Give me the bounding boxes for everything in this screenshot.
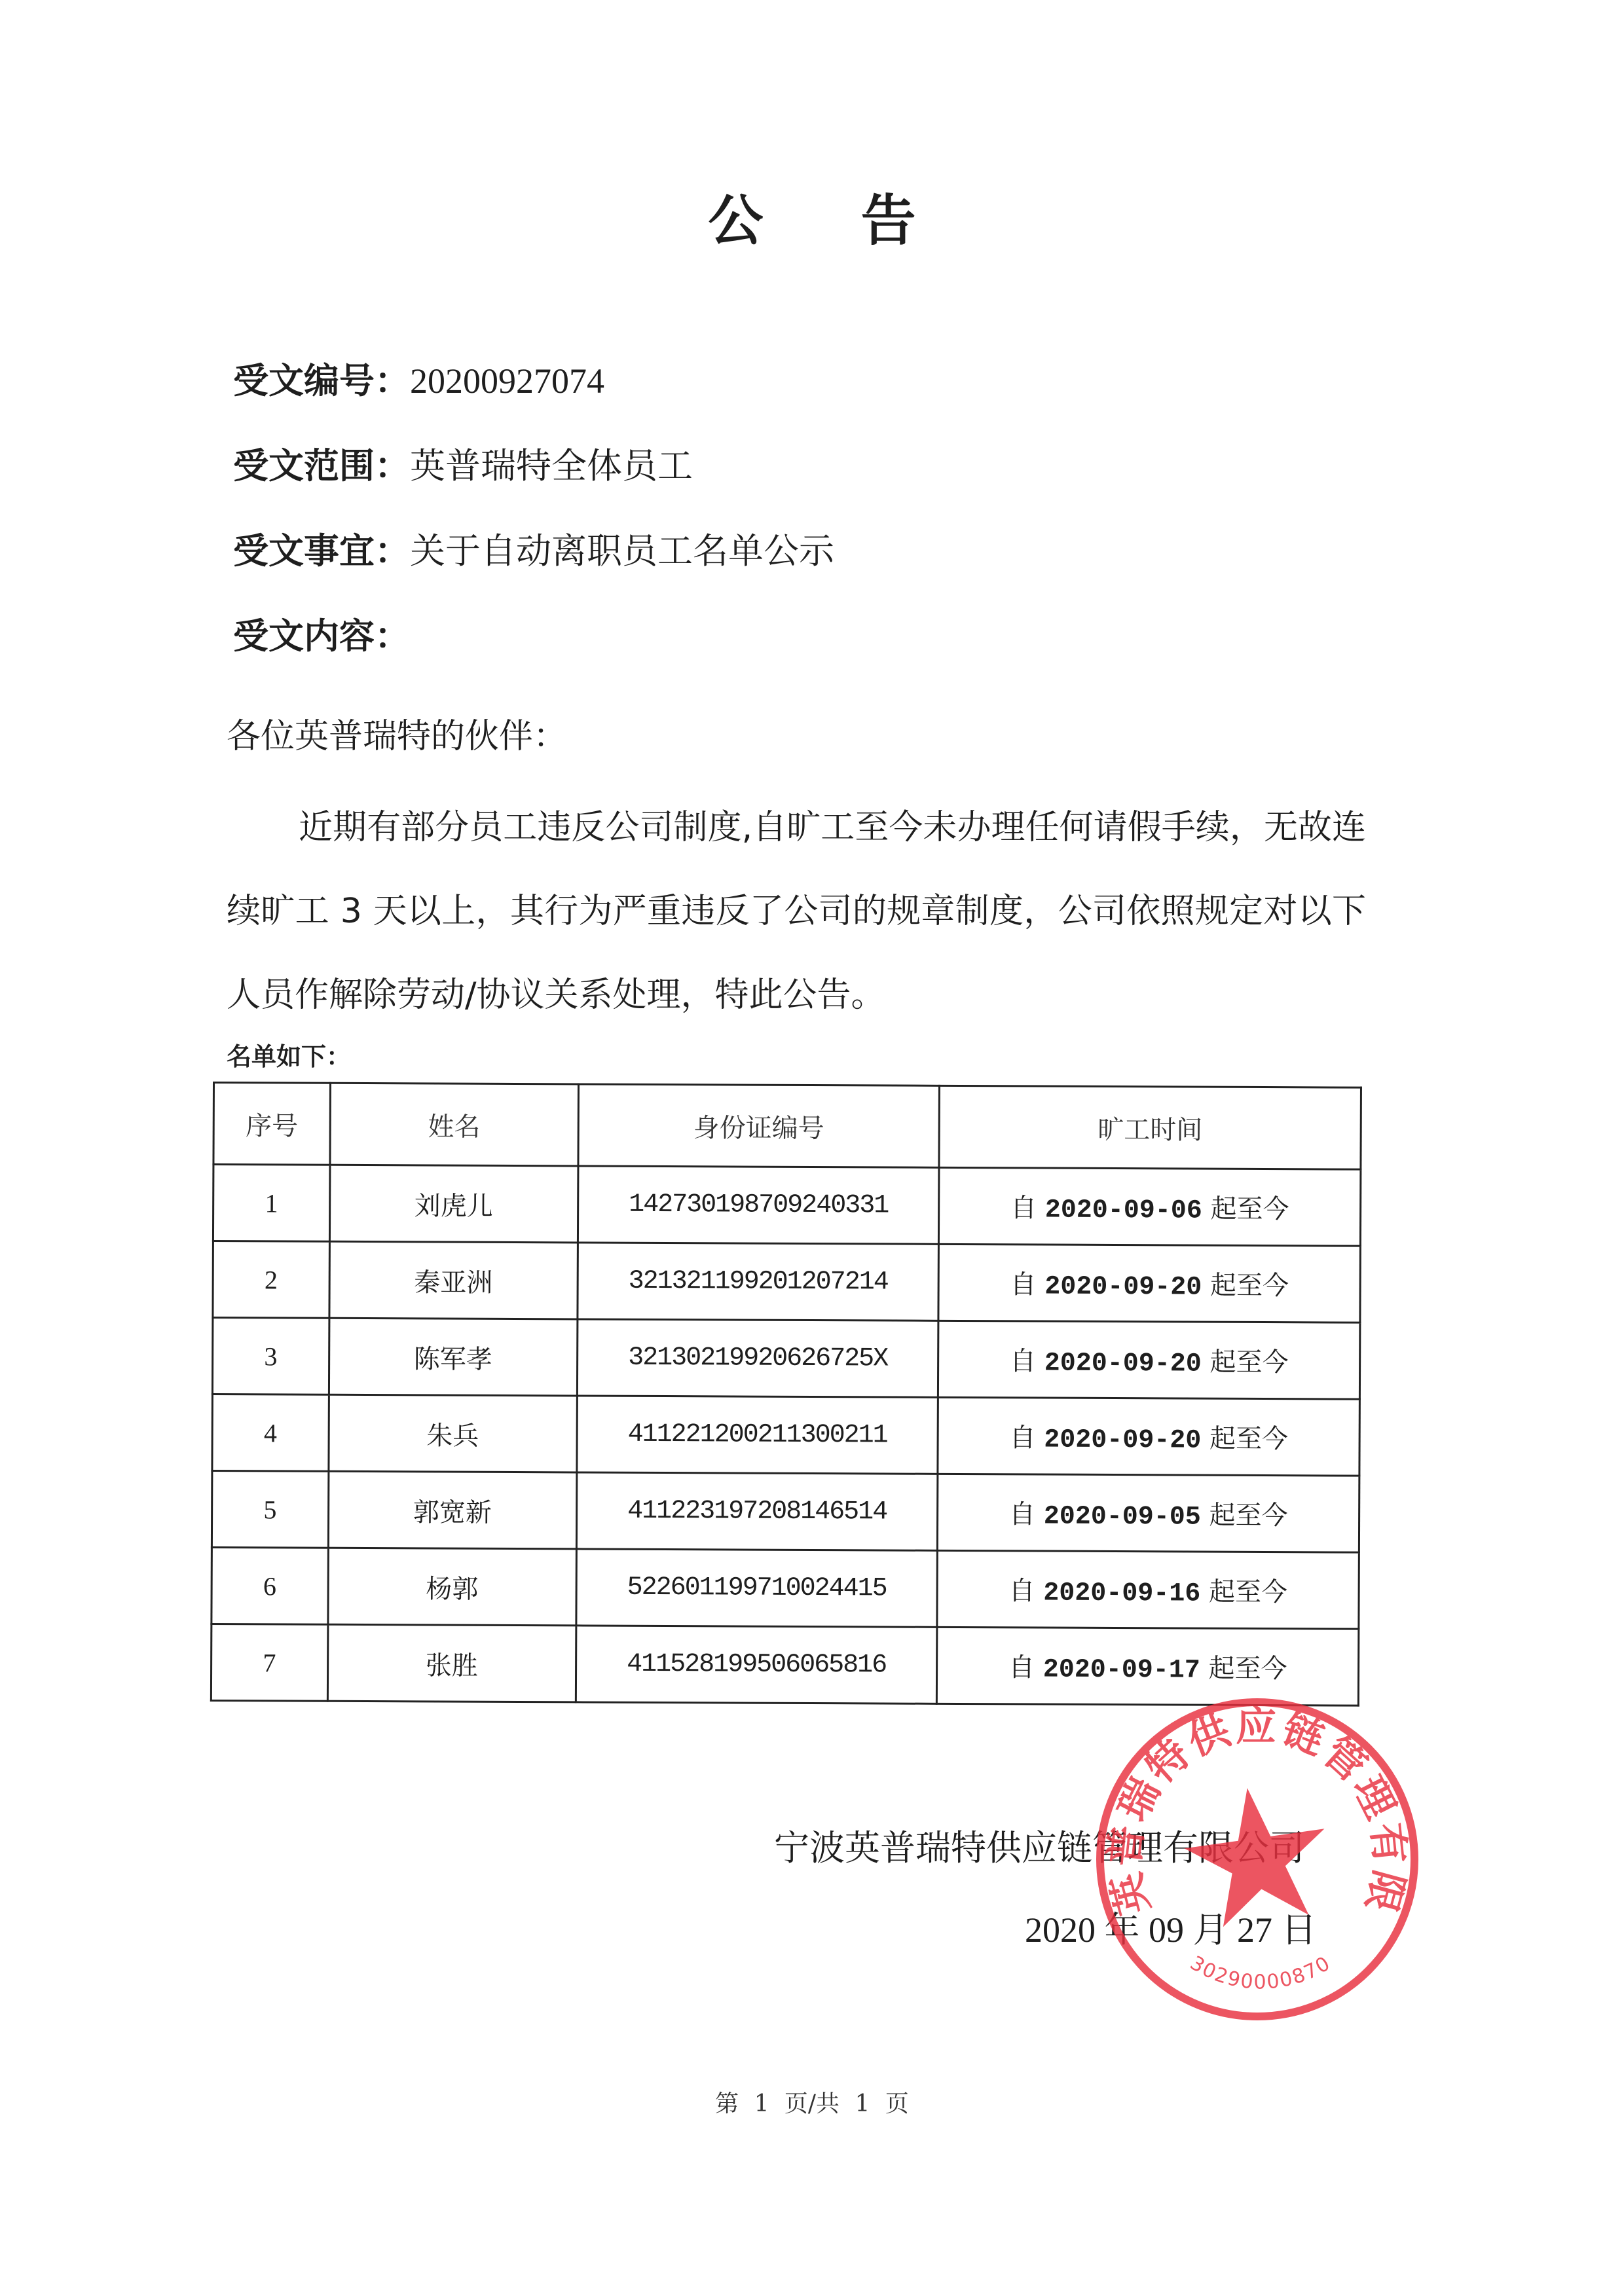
greeting: 各位英普瑞特的伙伴： <box>227 708 567 757</box>
cell-absence: 自 2020-09-05 起至今 <box>938 1474 1359 1552</box>
date-value: 2020-09-06 <box>1045 1196 1202 1226</box>
date-suffix: 起至今 <box>1210 1194 1289 1225</box>
cell-id: 411221200211300211 <box>577 1396 938 1474</box>
date-suffix: 起至今 <box>1209 1577 1287 1608</box>
date-suffix: 起至今 <box>1210 1271 1289 1302</box>
cell-name: 刘虎儿 <box>329 1165 578 1243</box>
cell-no: 7 <box>211 1624 327 1701</box>
document-page: 公 告 受文编号：20200927074 受文范围：英普瑞特全体员工 受文事宜：… <box>0 0 1624 2296</box>
signature-company: 宁波英普瑞特供应链管理有限公司 <box>774 1820 1304 1870</box>
header-absence: 旷工时间 <box>939 1085 1361 1169</box>
date-value: 2020-09-17 <box>1043 1656 1200 1686</box>
date-prefix: 自 <box>1010 1269 1036 1300</box>
date-prefix: 自 <box>1009 1499 1035 1529</box>
list-label: 名单如下： <box>227 1036 351 1072</box>
meta-value: 20200927074 <box>410 361 604 401</box>
header-no: 序号 <box>213 1083 330 1165</box>
meta-label: 受文范围： <box>233 445 410 486</box>
meta-subject: 受文事宜：关于自动离职员工名单公示 <box>233 534 834 569</box>
cell-name: 陈军孝 <box>329 1318 578 1396</box>
meta-content: 受文内容： <box>233 619 410 654</box>
cell-no: 3 <box>212 1318 329 1395</box>
cell-name: 张胜 <box>327 1624 576 1702</box>
signature-date: 2020 年 09 月 27 日 <box>1025 1902 1317 1952</box>
cell-absence: 自 2020-09-20 起至今 <box>938 1244 1360 1322</box>
table-header-row: 序号 姓名 身份证编号 旷工时间 <box>213 1083 1361 1170</box>
table-row: 5 郭宽新 411223197208146514 自 2020-09-05 起至… <box>212 1471 1359 1553</box>
cell-absence: 自 2020-09-20 起至今 <box>938 1321 1360 1399</box>
header-name: 姓名 <box>330 1083 579 1166</box>
date-suffix: 起至今 <box>1209 1501 1287 1531</box>
table-row: 7 张胜 411528199506065816 自 2020-09-17 起至今 <box>211 1624 1358 1705</box>
cell-id: 411528199506065816 <box>576 1626 937 1704</box>
cell-no: 2 <box>213 1241 329 1319</box>
date-prefix: 自 <box>1010 1346 1036 1376</box>
meta-label: 受文编号： <box>233 360 410 401</box>
page-footer: 第 1 页/共 1 页 <box>0 2085 1624 2119</box>
cell-absence: 自 2020-09-06 起至今 <box>939 1167 1361 1246</box>
cell-name: 朱兵 <box>329 1394 578 1472</box>
header-id: 身份证编号 <box>578 1084 940 1167</box>
cell-name: 秦亚洲 <box>329 1241 578 1319</box>
date-value: 2020-09-05 <box>1044 1503 1201 1533</box>
meta-label: 受文事宜： <box>233 530 410 572</box>
cell-absence: 自 2020-09-20 起至今 <box>938 1397 1359 1476</box>
date-value: 2020-09-20 <box>1044 1426 1201 1456</box>
date-suffix: 起至今 <box>1209 1424 1288 1455</box>
table-row: 3 陈军孝 32130219920626725X 自 2020-09-20 起至… <box>212 1318 1359 1400</box>
cell-no: 6 <box>212 1547 328 1624</box>
document-title: 公 告 <box>0 177 1624 256</box>
cell-name: 杨郭 <box>328 1548 577 1626</box>
meta-document-number: 受文编号：20200927074 <box>233 363 604 399</box>
table-row: 4 朱兵 411221200211300211 自 2020-09-20 起至今 <box>212 1394 1359 1476</box>
employee-table: 序号 姓名 身份证编号 旷工时间 1 刘虎儿 14273019870924033… <box>210 1082 1362 1707</box>
cell-id: 522601199710024415 <box>576 1549 938 1627</box>
cell-id: 321321199201207214 <box>578 1243 939 1321</box>
svg-text:宁波英普瑞特供应链管理有限公司: 宁波英普瑞特供应链管理有限公司 <box>1087 1689 1414 1920</box>
cell-absence: 自 2020-09-16 起至今 <box>937 1550 1359 1629</box>
meta-label: 受文内容： <box>233 615 410 657</box>
meta-scope: 受文范围：英普瑞特全体员工 <box>233 448 693 484</box>
date-value: 2020-09-16 <box>1043 1579 1200 1609</box>
date-prefix: 自 <box>1008 1576 1035 1606</box>
table-row: 1 刘虎儿 142730198709240331 自 2020-09-06 起至… <box>213 1165 1360 1247</box>
body-paragraph: 近期有部分员工违反公司制度,自旷工至今未办理任何请假手续，无故连续旷工 3 天以… <box>227 786 1366 1037</box>
date-suffix: 起至今 <box>1209 1347 1288 1378</box>
cell-name: 郭宽新 <box>328 1471 577 1549</box>
seal-text: 宁波英普瑞特供应链管理有限公司 <box>1087 1689 1414 1920</box>
cell-id: 32130219920626725X <box>577 1319 938 1397</box>
date-prefix: 自 <box>1009 1423 1035 1453</box>
date-prefix: 自 <box>1008 1652 1035 1683</box>
date-value: 2020-09-20 <box>1044 1273 1202 1303</box>
cell-no: 5 <box>212 1471 328 1548</box>
date-value: 2020-09-20 <box>1044 1349 1202 1379</box>
cell-no: 1 <box>213 1165 329 1242</box>
date-prefix: 自 <box>1010 1193 1037 1223</box>
table-row: 2 秦亚洲 321321199201207214 自 2020-09-20 起至… <box>213 1241 1360 1323</box>
meta-value: 关于自动离职员工名单公示 <box>410 530 834 572</box>
cell-no: 4 <box>212 1394 329 1472</box>
cell-absence: 自 2020-09-17 起至今 <box>937 1627 1359 1705</box>
date-suffix: 起至今 <box>1208 1654 1287 1685</box>
cell-id: 411223197208146514 <box>576 1472 938 1550</box>
meta-value: 英普瑞特全体员工 <box>410 445 693 486</box>
table-row: 6 杨郭 522601199710024415 自 2020-09-16 起至今 <box>212 1547 1359 1629</box>
cell-id: 142730198709240331 <box>578 1166 939 1244</box>
